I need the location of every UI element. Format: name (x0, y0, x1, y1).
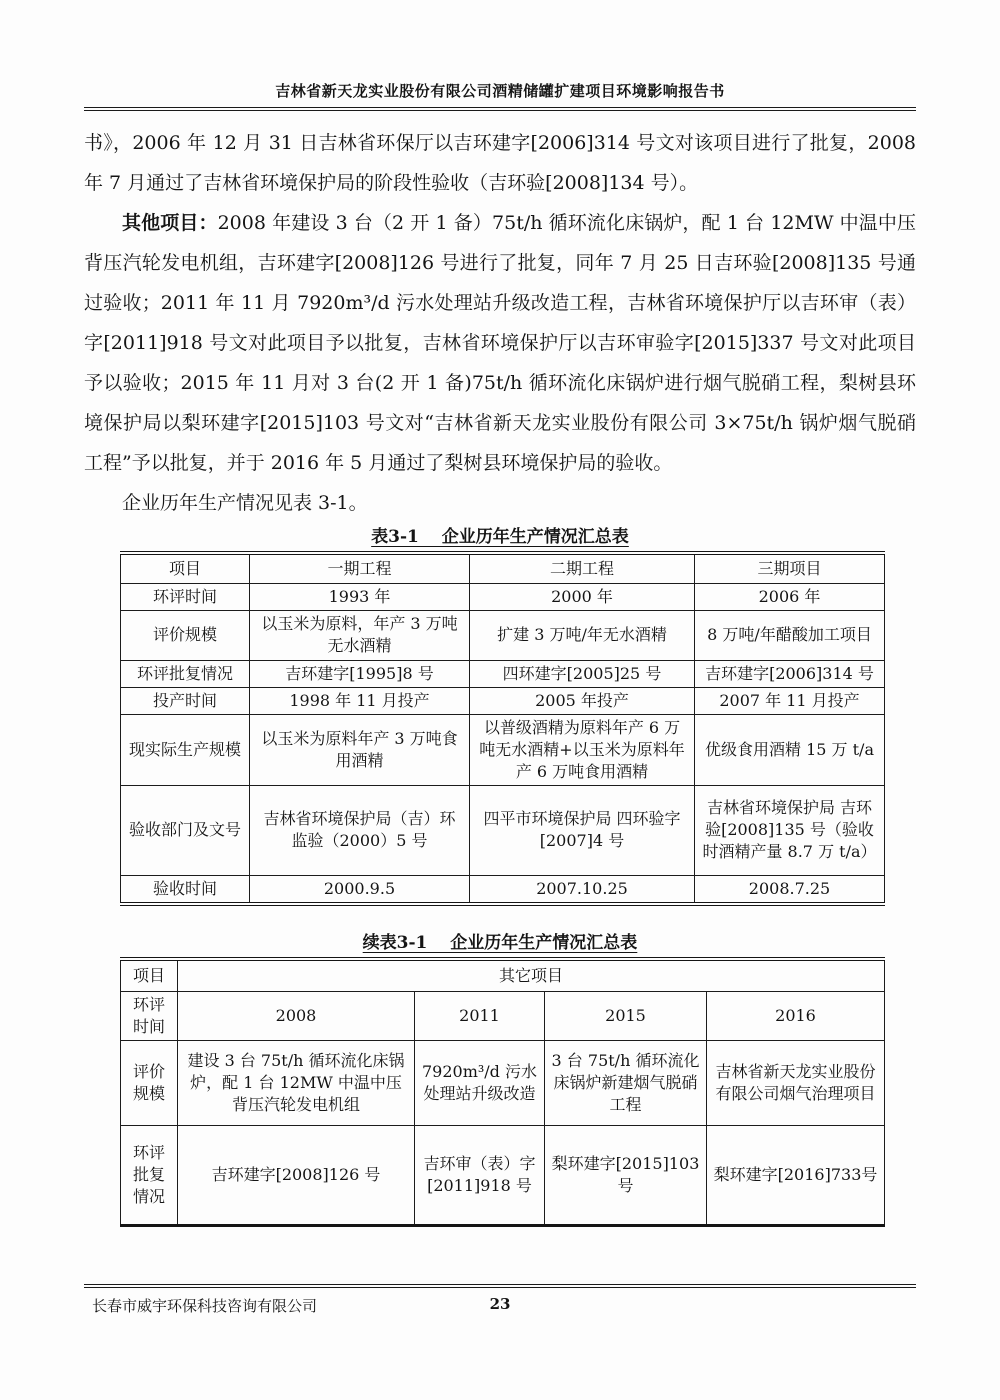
table-header-cell: 项目 (121, 553, 250, 583)
footer-company-name: 长春市威宇环保科技咨询有限公司 (92, 1295, 317, 1316)
table-row: 环评批复情况 吉环建字[2008]126 号 吉环审（表）字[2011]918 … (121, 1126, 885, 1226)
row-label: 环评批复情况 (121, 1126, 178, 1226)
table-cell: 梨环建字[2015]103 号 (545, 1126, 707, 1226)
table-row: 验收时间 2000.9.5 2007.10.25 2008.7.25 (121, 875, 885, 904)
table-cell: 吉环审（表）字[2011]918 号 (415, 1126, 545, 1226)
table-cell: 8 万吨/年醋酸加工项目 (695, 610, 885, 660)
table-cell: 吉环建字[2006]314 号 (695, 660, 885, 687)
table-cell: 2015 (545, 992, 707, 1041)
table-cell: 2000.9.5 (250, 875, 470, 904)
row-label: 验收部门及文号 (121, 785, 250, 875)
table-row: 验收部门及文号 吉林省环境保护局（吉）环监验（2000）5 号 四平市环境保护局… (121, 785, 885, 875)
table-header-cell: 项目 (121, 959, 178, 992)
document-body: 书》，2006 年 12 月 31 日吉林省环保厅以吉环建字[2006]314 … (84, 123, 916, 1227)
table-cell: 2000 年 (470, 583, 695, 610)
document-page: 吉林省新天龙实业股份有限公司酒精储罐扩建项目环境影响报告书 书》，2006 年 … (0, 0, 1000, 1400)
table2-title: 续表3-1 企业历年生产情况汇总表 (84, 932, 916, 954)
table-cell: 1998 年 11 月投产 (250, 687, 470, 714)
table-cell: 吉环建字[2008]126 号 (178, 1126, 415, 1226)
table-row: 环评时间 1993 年 2000 年 2006 年 (121, 583, 885, 610)
row-label: 投产时间 (121, 687, 250, 714)
table-header-cell: 二期工程 (470, 553, 695, 583)
table-cell: 建设 3 台 75t/h 循环流化床锅炉，配 1 台 12MW 中温中压背压汽轮… (178, 1041, 415, 1126)
table-header-cell: 三期项目 (695, 553, 885, 583)
page-footer: 长春市威宇环保科技咨询有限公司 23 (84, 1284, 916, 1324)
page-header: 吉林省新天龙实业股份有限公司酒精储罐扩建项目环境影响报告书 (84, 0, 916, 111)
header-title: 吉林省新天龙实业股份有限公司酒精储罐扩建项目环境影响报告书 (84, 80, 916, 101)
row-label: 评价规模 (121, 610, 250, 660)
table-cell: 以玉米为原料年产 3 万吨食用酒精 (250, 714, 470, 785)
table-cell: 优级食用酒精 15 万 t/a (695, 714, 885, 785)
table-cell: 吉林省环境保护局（吉）环监验（2000）5 号 (250, 785, 470, 875)
row-label: 现实际生产规模 (121, 714, 250, 785)
table-cell: 吉环建字[1995]8 号 (250, 660, 470, 687)
table-cell: 以普级酒精为原料年产 6 万吨无水酒精+以玉米为原料年产 6 万吨食用酒精 (470, 714, 695, 785)
table-header-row: 项目 一期工程 二期工程 三期项目 (121, 553, 885, 583)
table-cell: 以玉米为原料，年产 3 万吨无水酒精 (250, 610, 470, 660)
table-cell: 梨环建字[2016]733号 (707, 1126, 885, 1226)
table-cell: 2006 年 (695, 583, 885, 610)
table-row: 现实际生产规模 以玉米为原料年产 3 万吨食用酒精 以普级酒精为原料年产 6 万… (121, 714, 885, 785)
table-row: 投产时间 1998 年 11 月投产 2005 年投产 2007 年 11 月投… (121, 687, 885, 714)
table2-production-history-continued: 项目 其它项目 环评时间 2008 2011 2015 2016 评价规模 建设… (120, 957, 885, 1228)
table-row: 环评时间 2008 2011 2015 2016 (121, 992, 885, 1041)
table-cell: 四环建字[2005]25 号 (470, 660, 695, 687)
table-cell: 吉林省环境保护局 吉环验[2008]135 号（验收时酒精产量 8.7 万 t/… (695, 785, 885, 875)
paragraph-text: 2008 年建设 3 台（2 开 1 备）75t/h 循环流化床锅炉，配 1 台… (84, 212, 916, 474)
page-number: 23 (490, 1295, 511, 1313)
table-cell: 2011 (415, 992, 545, 1041)
table1-title: 表3-1 企业历年生产情况汇总表 (84, 526, 916, 548)
row-label: 评价规模 (121, 1041, 178, 1126)
paragraph-lead: 其他项目： (122, 212, 218, 234)
table-cell: 扩建 3 万吨/年无水酒精 (470, 610, 695, 660)
row-label: 环评时间 (121, 992, 178, 1041)
paragraph-other-projects: 其他项目：2008 年建设 3 台（2 开 1 备）75t/h 循环流化床锅炉，… (84, 203, 916, 483)
table-cell: 2008.7.25 (695, 875, 885, 904)
table-header-cell: 一期工程 (250, 553, 470, 583)
table-row: 评价规模 建设 3 台 75t/h 循环流化床锅炉，配 1 台 12MW 中温中… (121, 1041, 885, 1126)
table-row: 评价规模 以玉米为原料，年产 3 万吨无水酒精 扩建 3 万吨/年无水酒精 8 … (121, 610, 885, 660)
row-label: 环评批复情况 (121, 660, 250, 687)
table2-title-text: 续表3-1 企业历年生产情况汇总表 (363, 933, 638, 953)
paragraph-text: 企业历年生产情况见表 3-1。 (122, 492, 368, 514)
table1-production-history: 项目 一期工程 二期工程 三期项目 环评时间 1993 年 2000 年 200… (120, 551, 885, 906)
paragraph-text: 书》，2006 年 12 月 31 日吉林省环保厅以吉环建字[2006]314 … (84, 132, 916, 194)
table-header-span-cell: 其它项目 (178, 959, 885, 992)
table-cell: 2008 (178, 992, 415, 1041)
table-cell: 2016 (707, 992, 885, 1041)
table-cell: 2007 年 11 月投产 (695, 687, 885, 714)
paragraph-table-reference: 企业历年生产情况见表 3-1。 (84, 483, 916, 523)
paragraph-approval: 书》，2006 年 12 月 31 日吉林省环保厅以吉环建字[2006]314 … (84, 123, 916, 203)
table-cell: 1993 年 (250, 583, 470, 610)
row-label: 环评时间 (121, 583, 250, 610)
row-label: 验收时间 (121, 875, 250, 904)
table-cell: 2005 年投产 (470, 687, 695, 714)
table-cell: 3 台 75t/h 循环流化床锅炉新建烟气脱硝工程 (545, 1041, 707, 1126)
table1-title-text: 表3-1 企业历年生产情况汇总表 (371, 527, 629, 547)
table-cell: 7920m³/d 污水处理站升级改造 (415, 1041, 545, 1126)
table-cell: 吉林省新天龙实业股份有限公司烟气治理项目 (707, 1041, 885, 1126)
table-cell: 2007.10.25 (470, 875, 695, 904)
table-row: 环评批复情况 吉环建字[1995]8 号 四环建字[2005]25 号 吉环建字… (121, 660, 885, 687)
table-cell: 四平市环境保护局 四环验字[2007]4 号 (470, 785, 695, 875)
table-header-row: 项目 其它项目 (121, 959, 885, 992)
